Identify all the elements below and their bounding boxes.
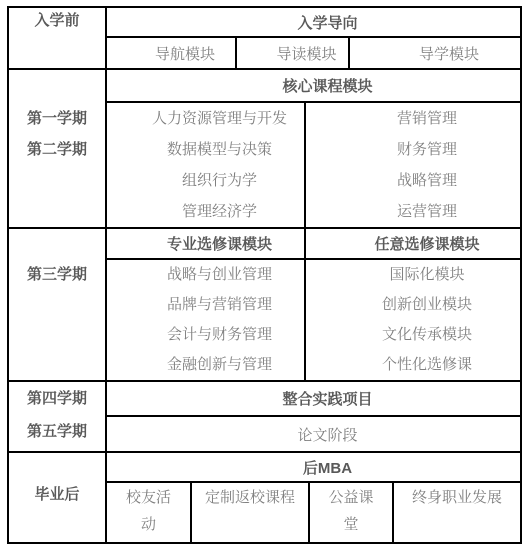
major-electives-column: 战略与创业管理 品牌与营销管理 会计与财务管理 金融创新与管理 <box>107 260 306 380</box>
electives-header-row: 专业选修课模块 任意选修课模块 <box>107 229 520 260</box>
section-practice-thesis: 第四学期 第五学期 整合实践项目 论文阶段 <box>9 382 520 453</box>
course-item: 国际化模块 <box>306 260 520 290</box>
course-item: 组织行为学 <box>107 165 304 196</box>
post-mba-modules-row: 校友活动 定制返校课程 公益课堂 终身职业发展 <box>107 483 520 542</box>
course-item: 管理经济学 <box>107 196 304 227</box>
course-item: 个性化选修课 <box>306 350 520 380</box>
cell-thesis-stage: 论文阶段 <box>107 417 520 451</box>
stage-cell-semester-3: 第三学期 <box>9 229 107 380</box>
stage-cell-pre-enrollment: 入学前 <box>9 8 107 68</box>
stage-label-semester-4: 第四学期 <box>9 382 105 415</box>
stage-cell-semester-1-2: 第一学期 第二学期 <box>9 70 107 227</box>
course-item: 财务管理 <box>306 134 520 165</box>
free-electives-column: 国际化模块 创新创业模块 文化传承模块 个性化选修课 <box>306 260 520 380</box>
cell-alumni-activities: 校友活动 <box>107 483 192 542</box>
stage-label-semester-2: 第二学期 <box>9 134 105 165</box>
course-item: 文化传承模块 <box>306 320 520 350</box>
section-pre-enrollment: 入学前 入学导向 导航模块 导读模块 导学模块 <box>9 8 520 70</box>
course-item: 运营管理 <box>306 196 520 227</box>
cell-public-welfare-class: 公益课堂 <box>310 483 394 542</box>
core-courses-left-column: 人力资源管理与开发 数据模型与决策 组织行为学 管理经济学 <box>107 103 306 227</box>
course-item: 品牌与营销管理 <box>107 290 304 320</box>
orientation-header-label: 入学导向 <box>269 12 357 33</box>
cell-module-navigation: 导航模块 <box>107 38 237 68</box>
course-item: 营销管理 <box>306 103 520 134</box>
section-electives: 第三学期 专业选修课模块 任意选修课模块 战略与创业管理 品牌与营销管理 会计与… <box>9 229 520 382</box>
stage-cell-post-graduation: 毕业后 <box>9 453 107 542</box>
stage-label-post-graduation: 毕业后 <box>9 453 105 510</box>
course-item: 金融创新与管理 <box>107 350 304 380</box>
core-courses-area: 人力资源管理与开发 数据模型与决策 组织行为学 管理经济学 营销管理 财务管理 … <box>107 103 520 227</box>
orientation-modules-row: 导航模块 导读模块 导学模块 <box>107 38 520 68</box>
cell-lifelong-career-development: 终身职业发展 <box>394 483 520 542</box>
course-item: 数据模型与决策 <box>107 134 304 165</box>
course-item: 战略与创业管理 <box>107 260 304 290</box>
cell-custom-return-courses: 定制返校课程 <box>192 483 310 542</box>
stage-label: 入学前 <box>9 8 105 34</box>
cell-orientation-header: 入学导向 <box>107 8 520 38</box>
course-item: 会计与财务管理 <box>107 320 304 350</box>
core-courses-right-column: 营销管理 财务管理 战略管理 运营管理 <box>306 103 520 227</box>
cell-core-module-header: 核心课程模块 <box>107 70 520 103</box>
cell-module-guidance: 导学模块 <box>350 38 520 68</box>
cell-free-electives-header: 任意选修课模块 <box>306 229 520 258</box>
course-item: 战略管理 <box>306 165 520 196</box>
stage-label-semester-5: 第五学期 <box>9 415 105 448</box>
cell-major-electives-header: 专业选修课模块 <box>107 229 306 258</box>
curriculum-table: 入学前 入学导向 导航模块 导读模块 导学模块 第一学期 <box>7 6 522 544</box>
stage-label-semester-1: 第一学期 <box>9 103 105 134</box>
stage-label-semester-3: 第三学期 <box>9 229 105 290</box>
cell-module-reading: 导读模块 <box>237 38 350 68</box>
section-post-graduation: 毕业后 后MBA 校友活动 定制返校课程 公益课堂 终身职业发展 <box>9 453 520 542</box>
core-module-header-label: 核心课程模块 <box>254 75 372 96</box>
stage-cell-semester-4-5: 第四学期 第五学期 <box>9 382 107 451</box>
cell-post-mba-header: 后MBA <box>107 453 520 483</box>
cell-integrated-practice: 整合实践项目 <box>107 382 520 417</box>
course-item: 创新创业模块 <box>306 290 520 320</box>
electives-courses-area: 战略与创业管理 品牌与营销管理 会计与财务管理 金融创新与管理 国际化模块 创新… <box>107 260 520 380</box>
section-core-courses: 第一学期 第二学期 核心课程模块 人力资源管理与开发 数据模型与决策 组织行为学… <box>9 70 520 229</box>
course-item: 人力资源管理与开发 <box>107 103 304 134</box>
